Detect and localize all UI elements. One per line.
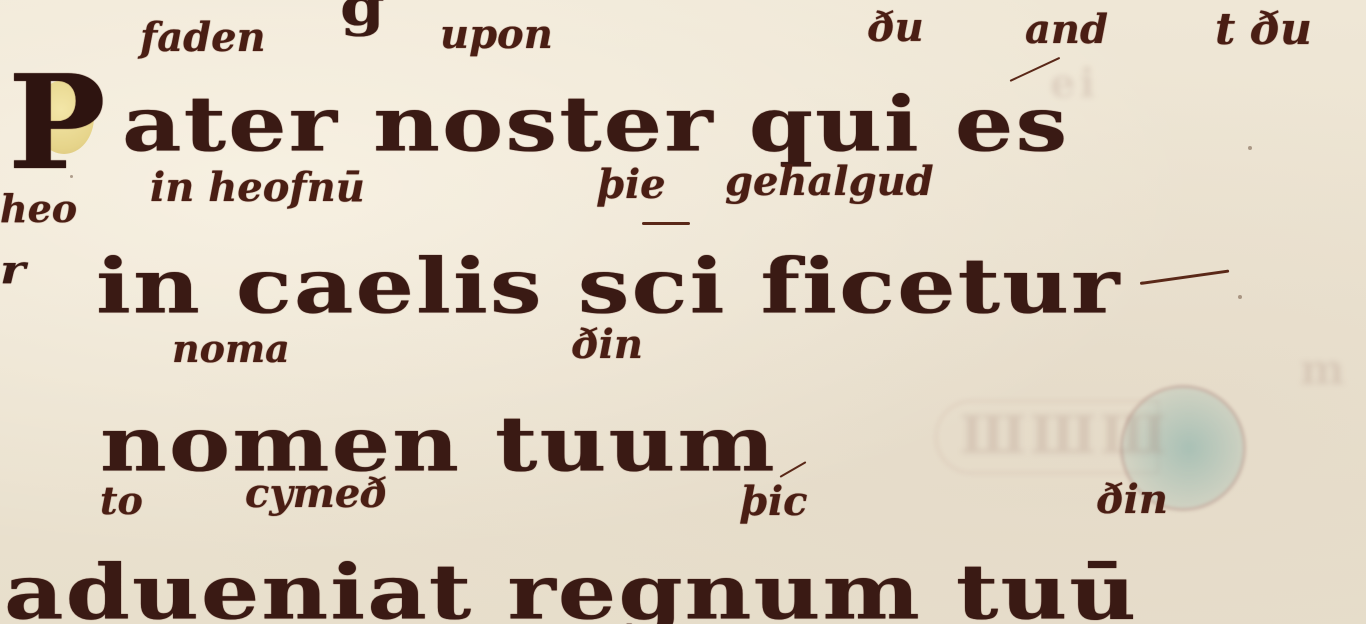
gloss-word: ðu	[868, 8, 924, 48]
latin-top-fragment: g	[340, 0, 387, 34]
gloss-word: in heofnū	[150, 168, 365, 208]
latin-line-4: adueniat regnum tuū	[4, 555, 1138, 624]
latin-line-1: ater noster qui es	[122, 87, 1069, 162]
gloss-word: ðin	[1097, 480, 1168, 520]
gloss-word: t ðu	[1215, 8, 1312, 52]
gloss-word: heo	[0, 190, 77, 228]
gloss-word: gehalgud	[725, 162, 934, 202]
latin-margin-fragment: r	[0, 251, 27, 290]
showthrough-text-right: m	[1300, 345, 1348, 394]
vellum-speck	[70, 175, 73, 178]
gloss-word: noma	[172, 330, 290, 368]
vellum-speck	[1248, 146, 1252, 150]
latin-line-3: nomen tuum	[100, 407, 777, 482]
gloss-word: upon	[440, 15, 553, 55]
decorated-initial-p: P	[8, 58, 106, 188]
gloss-word: to	[100, 482, 143, 520]
gloss-word: þic	[740, 482, 808, 522]
gloss-word: faden	[140, 18, 266, 58]
gloss-word: and	[1025, 10, 1108, 50]
gloss-word: cymeð	[245, 474, 387, 514]
abbreviation-stroke	[642, 222, 690, 225]
latin-line-2: in caelis sci ficetur	[96, 249, 1121, 324]
vellum-speck	[1238, 295, 1242, 299]
gloss-word: ðin	[572, 325, 643, 365]
showthrough-text: ШШШ	[960, 405, 1170, 466]
gloss-word: þie	[597, 165, 666, 205]
